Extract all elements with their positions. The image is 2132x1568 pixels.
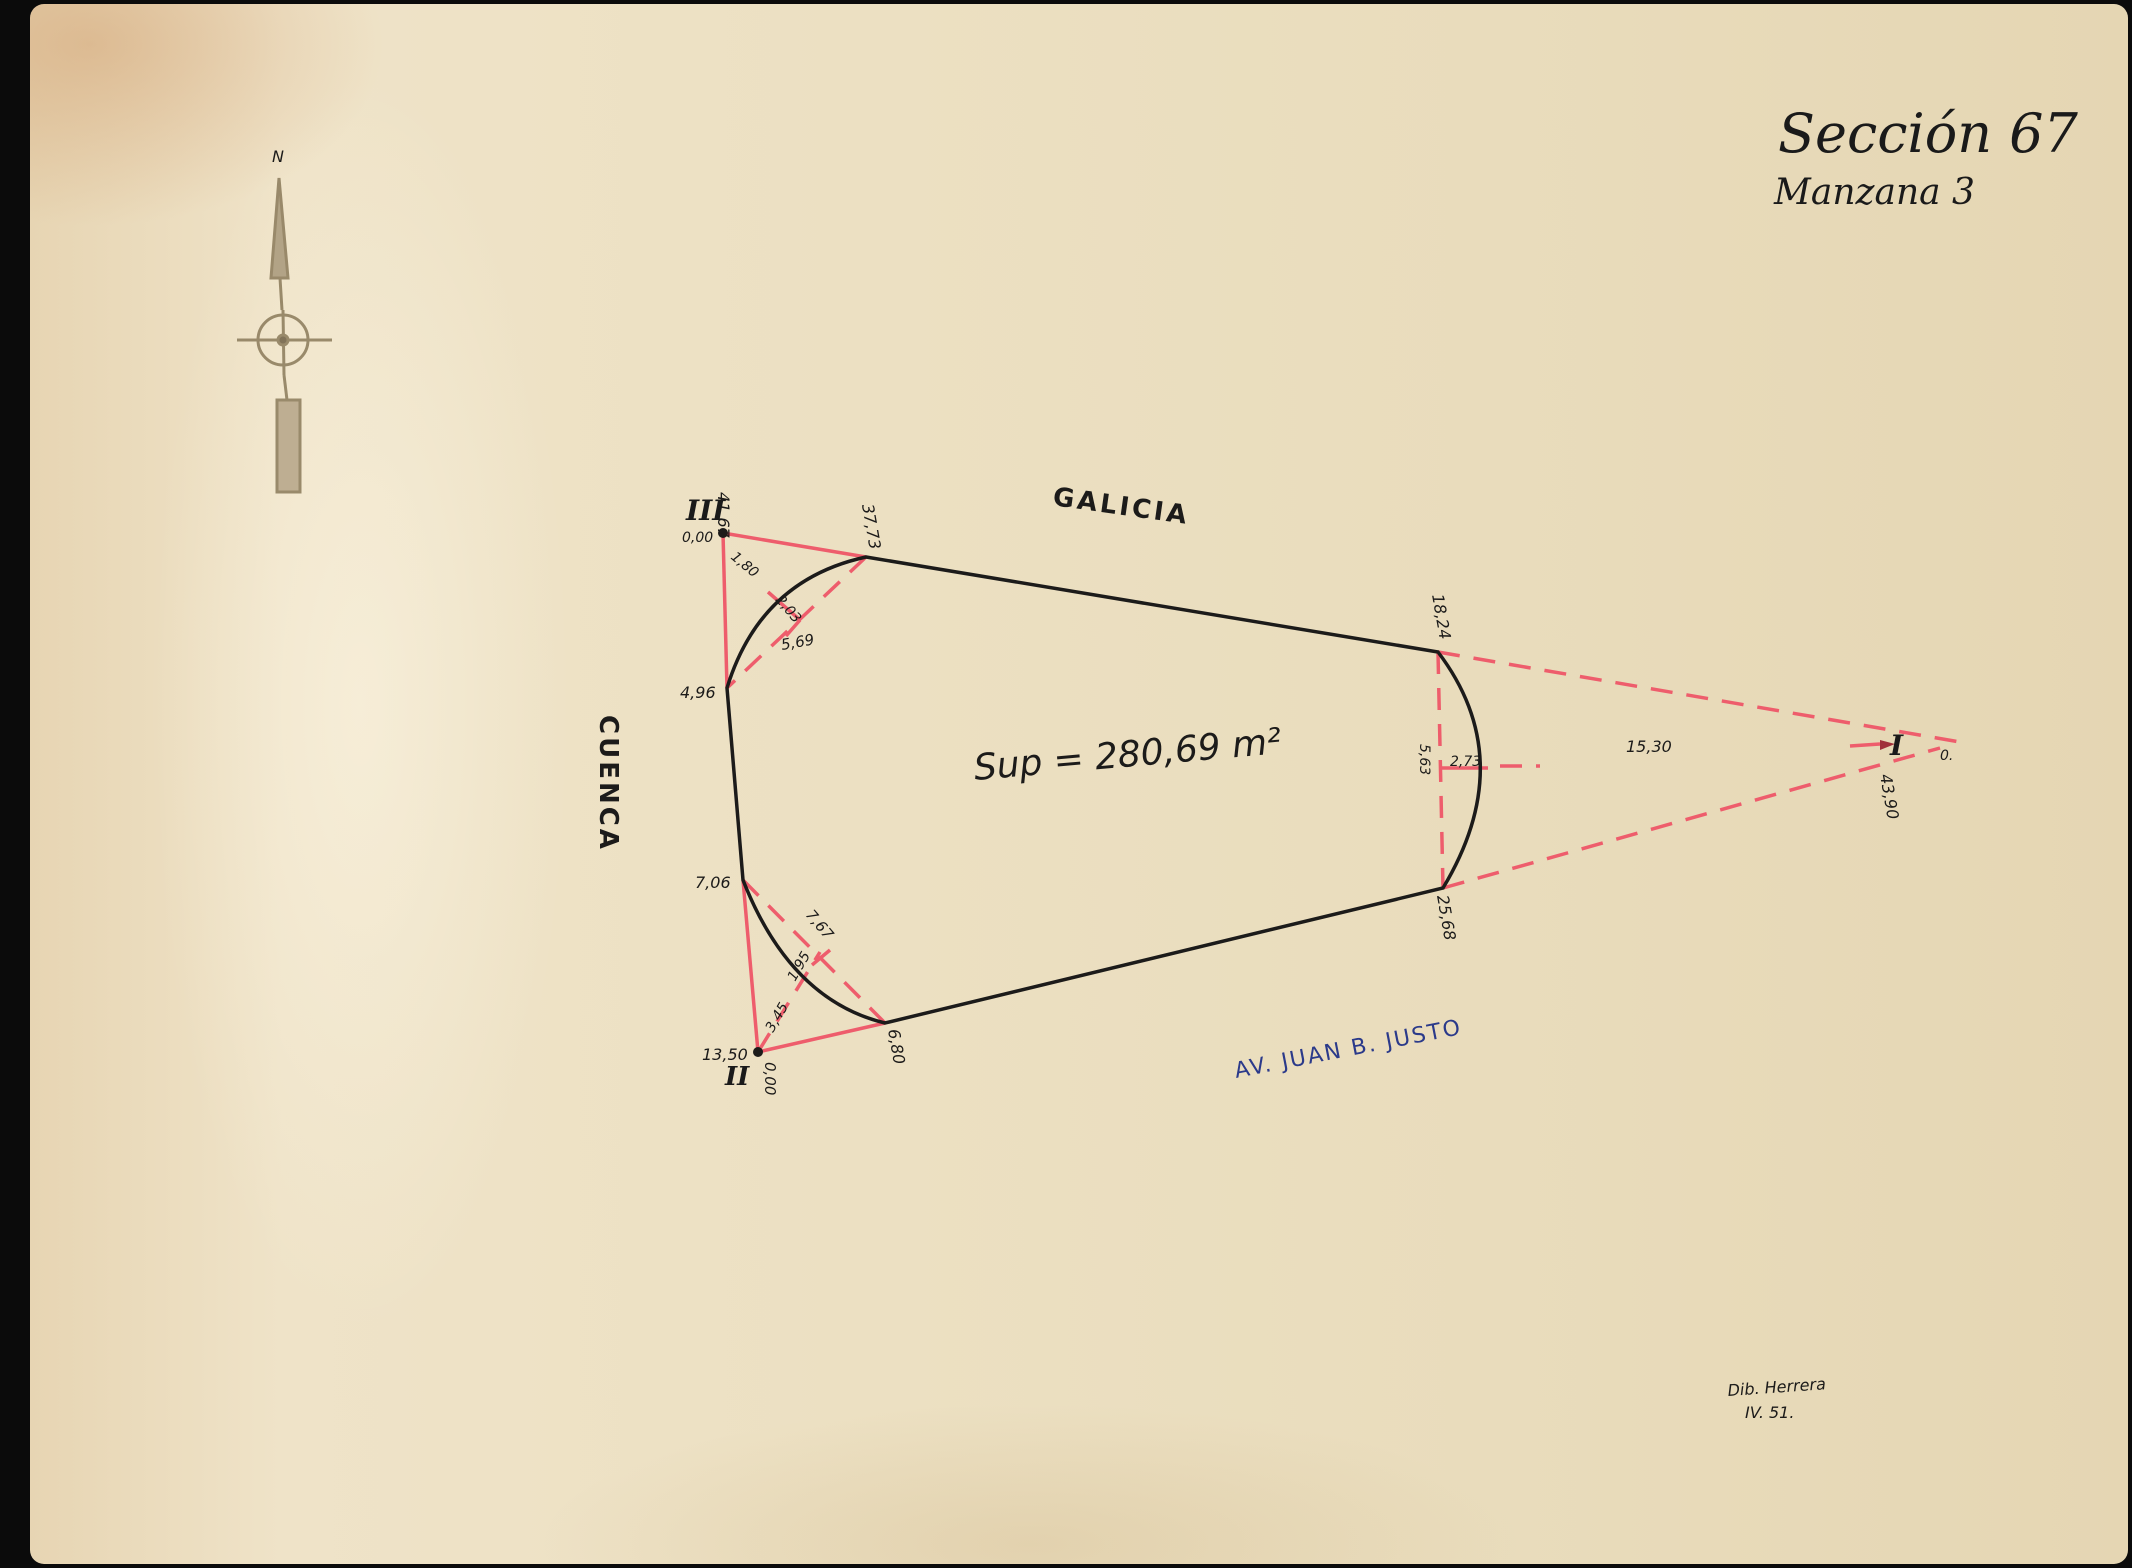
north-arrow-compass-icon [237, 178, 332, 492]
drawing-date: IV. 51. [1745, 1403, 1794, 1422]
parcel-boundary [727, 557, 1480, 1023]
measure-6-80: 6,80 [884, 1027, 909, 1065]
draftsman-signature: Dib. Herrera [1727, 1374, 1826, 1400]
vertex-II-marker [753, 1047, 763, 1057]
measure-4-96: 4,96 [680, 683, 716, 702]
measure-chord-5-63: 5,63 [1416, 744, 1432, 775]
survey-plan: N Sección 67 Manzana 3 GAL [0, 0, 2132, 1568]
measure-chord-7-67: 7,67 [802, 906, 838, 944]
vertex-II-label: II [724, 1062, 750, 1092]
section-label: Sección 67 [1778, 102, 2079, 165]
area-label: Sup = 280,69 m² [972, 721, 1283, 789]
street-av-juan-b-justo: AV. JUAN B. JUSTO [1232, 1015, 1464, 1084]
measure-sagitta-1-95: 1,95 [785, 949, 814, 984]
vertex-III-offset: 0,00 [682, 530, 713, 546]
measure-sagitta-2-73: 2,73 [1450, 754, 1481, 770]
measure-25-68: 25,68 [1433, 893, 1460, 941]
measure-18-24: 18,24 [1428, 592, 1455, 640]
street-cuenca: CUENCA [593, 715, 623, 852]
block-label: Manzana 3 [1773, 172, 1975, 213]
vertex-I-label: I [1889, 729, 1904, 762]
vertex-III-chainage: 41,67 [714, 492, 733, 539]
vertex-I-chainage: 43,90 [1876, 772, 1903, 820]
vertex-II-chainage: 13,50 [702, 1045, 748, 1064]
street-galicia: GALICIA [1051, 482, 1191, 531]
measure-37-73: 37,73 [858, 502, 885, 550]
measure-7-06: 7,06 [695, 873, 731, 892]
north-label: N [272, 147, 284, 166]
measure-tangent-1-80: 1,80 [727, 549, 761, 581]
construction-lines [723, 533, 1960, 1052]
vertex-I-origin: 0. [1940, 748, 1953, 764]
vertex-II-offset: 0,00 [761, 1062, 779, 1095]
measure-distance-15-30: 15,30 [1626, 737, 1672, 756]
